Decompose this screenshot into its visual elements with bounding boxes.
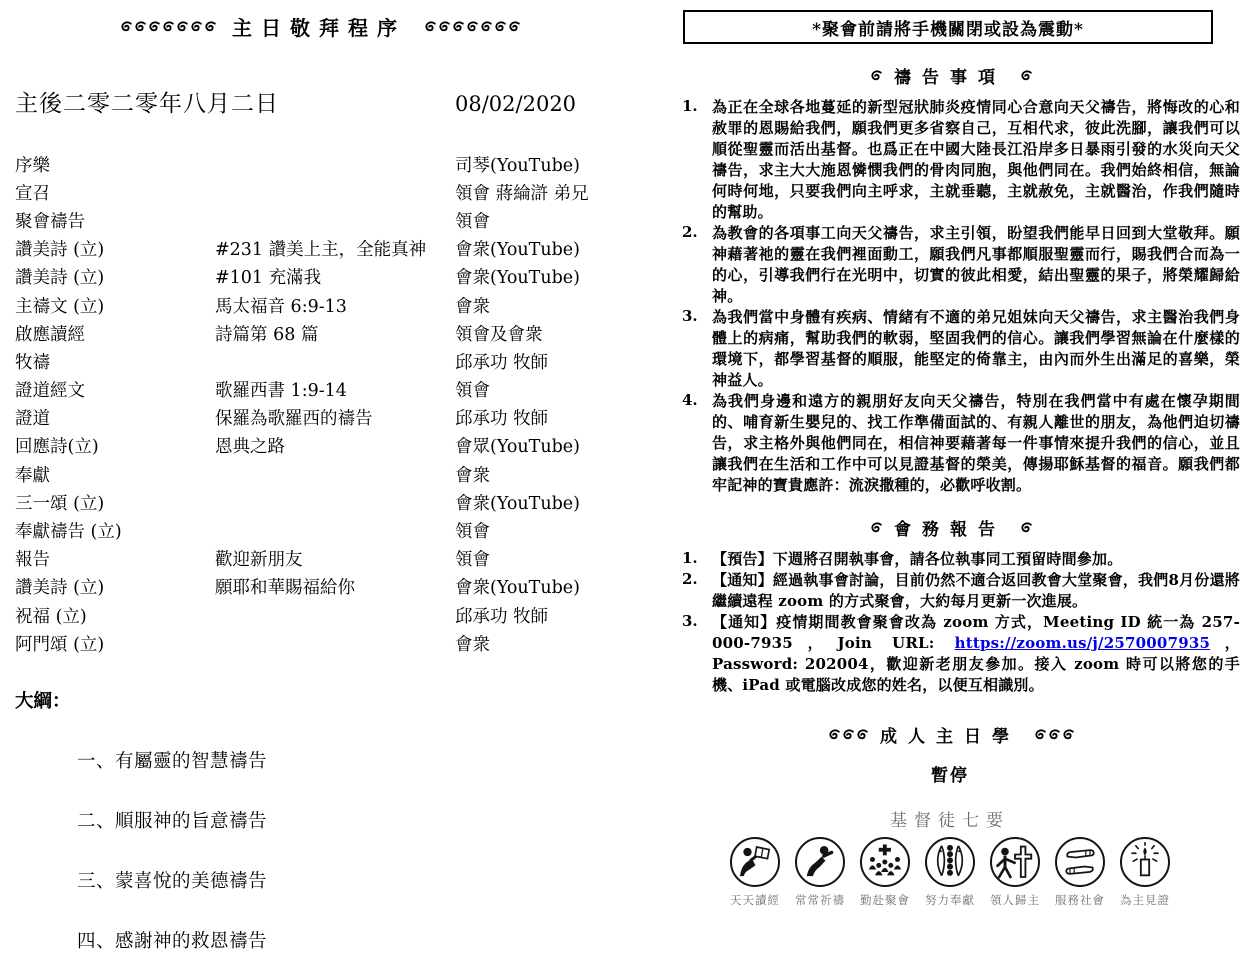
seven-essential-label: 勤赴聚會 [860, 892, 910, 908]
sermon-outline-list: 一、有屬靈的智慧禱告二、順服神的旨意禱告三、蒙喜悅的美德禱告四、感謝神的救恩禱告 [15, 747, 623, 953]
program-row: 序樂司琴(YouTube) [15, 150, 623, 178]
seven-essential-label: 領人歸主 [990, 892, 1040, 908]
program-row: 奉獻會衆 [15, 460, 623, 488]
program-row: 奉獻禱告 (立)領會 [15, 516, 623, 544]
program-item: 三一頌 (立) [15, 490, 215, 515]
swirl-ornament-right [422, 20, 520, 33]
program-who: 會衆 [455, 631, 623, 656]
page-title: 主日敬拜程序 [232, 12, 406, 41]
item-number: 4. [682, 391, 712, 496]
announcement-item: 1.【預告】下週將召開執事會，請各位執事同工預留時間參加。 [655, 549, 1245, 570]
swirl-ornament-right [1018, 69, 1032, 82]
item-text: 【通知】疫情期間教會聚會改為 zoom 方式，Meeting ID 統一為 25… [712, 612, 1240, 696]
seven-essential-label: 努力奉獻 [925, 892, 975, 908]
program-row: 證道經文歌羅西書 1:9-14領會 [15, 376, 623, 404]
program-row: 祝福 (立)邱承功 牧師 [15, 601, 623, 629]
program-who: 會衆(YouTube) [455, 264, 623, 289]
swirl-ornament-right [1018, 521, 1032, 534]
program-row: 聚會禱告領會 [15, 206, 623, 234]
program-detail: 恩典之路 [215, 433, 455, 458]
program-row: 牧禱邱承功 牧師 [15, 347, 623, 375]
reading-icon [730, 837, 780, 887]
program-row: 三一頌 (立)會衆(YouTube) [15, 488, 623, 516]
program-who: 領會 蔣綸滸 弟兄 [455, 180, 623, 205]
program-item: 啟應讀經 [15, 321, 215, 346]
seven-essential-item: 為主見證 [1117, 837, 1173, 908]
program-item: 序樂 [15, 152, 215, 177]
program-row: 報告歡迎新朋友領會 [15, 545, 623, 573]
program-item: 證道經文 [15, 377, 215, 402]
program-detail: #231 讚美上主，全能真神 [215, 236, 455, 261]
program-who: 邱承功 牧師 [455, 349, 623, 374]
assembly-icon [860, 837, 910, 887]
item-text: 為教會的各項事工向天父禱告，求主引領，盼望我們能早日回到大堂敬拜。願神藉著祂的靈… [712, 223, 1240, 307]
announcement-item: 2.【通知】經過執事會討論，目前仍然不適合返回教會大堂聚會，我們8月份還將繼續遠… [655, 570, 1245, 612]
program-who: 司琴(YouTube) [455, 152, 623, 177]
witness-icon [1120, 837, 1170, 887]
program-detail: 歡迎新朋友 [215, 546, 455, 571]
seven-essentials-icons: 天天讀經常常祈禱勤赴聚會努力奉獻領人歸主服務社會為主見證 [655, 837, 1245, 908]
prayer-items-list: 1.為正在全球各地蔓延的新型冠狀肺炎疫情同心合意向天父禱告，將悔改的心和赦罪的恩… [655, 97, 1245, 496]
program-item: 阿門頌 (立) [15, 631, 215, 656]
seven-essential-label: 服務社會 [1055, 892, 1105, 908]
seven-essential-label: 常常祈禱 [795, 892, 845, 908]
program-row: 啟應讀經詩篇第 68 篇領會及會衆 [15, 319, 623, 347]
date-numeric: 08/02/2020 [455, 92, 623, 116]
program-who: 會衆 [455, 462, 623, 487]
prayer-item: 3.為我們當中身體有疾病、情緒有不適的弟兄姐妹向天父禱告，求主醫治我們身體上的病… [655, 307, 1245, 391]
announcement-items-list: 1.【預告】下週將召開執事會，請各位執事同工預留時間參加。2.【通知】經過執事會… [655, 549, 1245, 696]
outline-item: 一、有屬靈的智慧禱告 [77, 747, 623, 773]
program-item: 讚美詩 (立) [15, 264, 215, 289]
sermon-outline-title: 大綱： [15, 687, 623, 713]
program-detail: 歌羅西書 1:9-14 [215, 377, 455, 402]
business-section-heading: 會務報告 [655, 515, 1245, 540]
item-number: 3. [682, 307, 712, 391]
page-title-row: 主日敬拜程序 [15, 12, 623, 41]
announcements-column: *聚會前請將手機關閉或設為震動* 禱告事項 1.為正在全球各地蔓延的新型冠狀肺炎… [655, 0, 1245, 908]
program-row: 讚美詩 (立)#231 讚美上主，全能真神會衆(YouTube) [15, 235, 623, 263]
program-item: 聚會禱告 [15, 208, 215, 233]
program-row: 阿門頌 (立)會衆 [15, 629, 623, 657]
seven-essential-item: 常常祈禱 [792, 837, 848, 908]
program-detail: 馬太福音 6:9-13 [215, 293, 455, 318]
program-who: 領會 [455, 208, 623, 233]
worship-order-column: 主日敬拜程序 主後二零二零年八月二日 08/02/2020 序樂司琴(YouTu… [15, 0, 623, 953]
program-item: 主禱文 (立) [15, 293, 215, 318]
program-item: 奉獻 [15, 462, 215, 487]
announcement-item: 3.【通知】疫情期間教會聚會改為 zoom 方式，Meeting ID 統一為 … [655, 612, 1245, 696]
prayer-item: 1.為正在全球各地蔓延的新型冠狀肺炎疫情同心合意向天父禱告，將悔改的心和赦罪的恩… [655, 97, 1245, 223]
program-detail: 願耶和華賜福給你 [215, 574, 455, 599]
offering-icon [925, 837, 975, 887]
prayer-item: 4.為我們身邊和遠方的親朋好友向天父禱告，特別在我們當中有處在懷孕期間的、哺育新… [655, 391, 1245, 496]
program-row: 宣召領會 蔣綸滸 弟兄 [15, 178, 623, 206]
program-who: 領會 [455, 518, 623, 543]
program-detail: #101 充滿我 [215, 264, 455, 289]
program-item: 宣召 [15, 180, 215, 205]
seven-essential-item: 服務社會 [1052, 837, 1108, 908]
item-number: 1. [682, 97, 712, 223]
program-who: 邱承功 牧師 [455, 603, 623, 628]
item-text: 【預告】下週將召開執事會，請各位執事同工預留時間參加。 [712, 549, 1240, 570]
outline-item: 四、感謝神的救恩禱告 [77, 927, 623, 953]
program-row: 回應詩(立)恩典之路會眾(YouTube) [15, 432, 623, 460]
program-item: 回應詩(立) [15, 433, 215, 458]
program-row: 主禱文 (立)馬太福音 6:9-13會衆 [15, 291, 623, 319]
seven-essentials-title: 基督徒七要 [655, 806, 1245, 831]
sunday-school-status: 暫停 [655, 761, 1245, 786]
outline-item: 三、蒙喜悅的美德禱告 [77, 867, 623, 893]
sunday-school-heading-text: 成人主日學 [880, 722, 1020, 747]
program-item: 讚美詩 (立) [15, 574, 215, 599]
seven-essential-label: 天天讀經 [730, 892, 780, 908]
program-item: 報告 [15, 546, 215, 571]
seven-essential-item: 領人歸主 [987, 837, 1043, 908]
item-number: 1. [682, 549, 712, 570]
prayer-heading-text: 禱告事項 [894, 63, 1006, 88]
service-icon [1055, 837, 1105, 887]
item-number: 3. [682, 612, 712, 696]
sunday-school-heading: 成人主日學 [655, 722, 1245, 747]
program-item: 證道 [15, 405, 215, 430]
program-who: 領會 [455, 377, 623, 402]
evangelism-icon [990, 837, 1040, 887]
program-who: 會衆 [455, 293, 623, 318]
zoom-join-url-link[interactable]: https://zoom.us/j/2570007935 [955, 634, 1211, 652]
program-detail: 詩篇第 68 篇 [215, 321, 455, 346]
program-detail: 保羅為歌羅西的禱告 [215, 405, 455, 430]
phone-notice-box: *聚會前請將手機關閉或設為震動* [683, 10, 1213, 44]
program-row: 讚美詩 (立)#101 充滿我會衆(YouTube) [15, 263, 623, 291]
worship-program-list: 序樂司琴(YouTube)宣召領會 蔣綸滸 弟兄聚會禱告領會讚美詩 (立)#23… [15, 150, 623, 657]
business-heading-text: 會務報告 [894, 515, 1006, 540]
swirl-ornament-left [826, 728, 868, 741]
program-who: 領會及會衆 [455, 321, 623, 346]
program-who: 邱承功 牧師 [455, 405, 623, 430]
seven-essential-item: 努力奉獻 [922, 837, 978, 908]
program-who: 會衆(YouTube) [455, 574, 623, 599]
date-chinese: 主後二零二零年八月二日 [15, 85, 455, 118]
seven-essential-label: 為主見證 [1120, 892, 1170, 908]
item-text: 為我們身邊和遠方的親朋好友向天父禱告，特別在我們當中有處在懷孕期間的、哺育新生嬰… [712, 391, 1240, 496]
seven-essential-item: 勤赴聚會 [857, 837, 913, 908]
swirl-ornament-left [868, 69, 882, 82]
program-item: 牧禱 [15, 349, 215, 374]
outline-item: 二、順服神的旨意禱告 [77, 807, 623, 833]
program-item: 祝福 (立) [15, 603, 215, 628]
seven-essential-item: 天天讀經 [727, 837, 783, 908]
item-text: 【通知】經過執事會討論，目前仍然不適合返回教會大堂聚會，我們8月份還將繼續遠程 … [712, 570, 1240, 612]
program-row: 證道保羅為歌羅西的禱告邱承功 牧師 [15, 404, 623, 432]
swirl-ornament-left [118, 20, 216, 33]
date-row: 主後二零二零年八月二日 08/02/2020 [15, 85, 623, 118]
prayer-item: 2.為教會的各項事工向天父禱告，求主引領，盼望我們能早日回到大堂敬拜。願神藉著祂… [655, 223, 1245, 307]
program-who: 領會 [455, 546, 623, 571]
program-who: 會衆(YouTube) [455, 490, 623, 515]
praying-icon [795, 837, 845, 887]
item-text: 為我們當中身體有疾病、情緒有不適的弟兄姐妹向天父禱告，求主醫治我們身體上的病痛，… [712, 307, 1240, 391]
swirl-ornament-right [1032, 728, 1074, 741]
program-row: 讚美詩 (立)願耶和華賜福給你會衆(YouTube) [15, 573, 623, 601]
item-number: 2. [682, 223, 712, 307]
program-who: 會衆(YouTube) [455, 236, 623, 261]
program-item: 奉獻禱告 (立) [15, 518, 215, 543]
item-text: 為正在全球各地蔓延的新型冠狀肺炎疫情同心合意向天父禱告，將悔改的心和赦罪的恩賜給… [712, 97, 1240, 223]
program-who: 會眾(YouTube) [455, 433, 623, 458]
swirl-ornament-left [868, 521, 882, 534]
program-item: 讚美詩 (立) [15, 236, 215, 261]
item-number: 2. [682, 570, 712, 612]
prayer-section-heading: 禱告事項 [655, 63, 1245, 88]
